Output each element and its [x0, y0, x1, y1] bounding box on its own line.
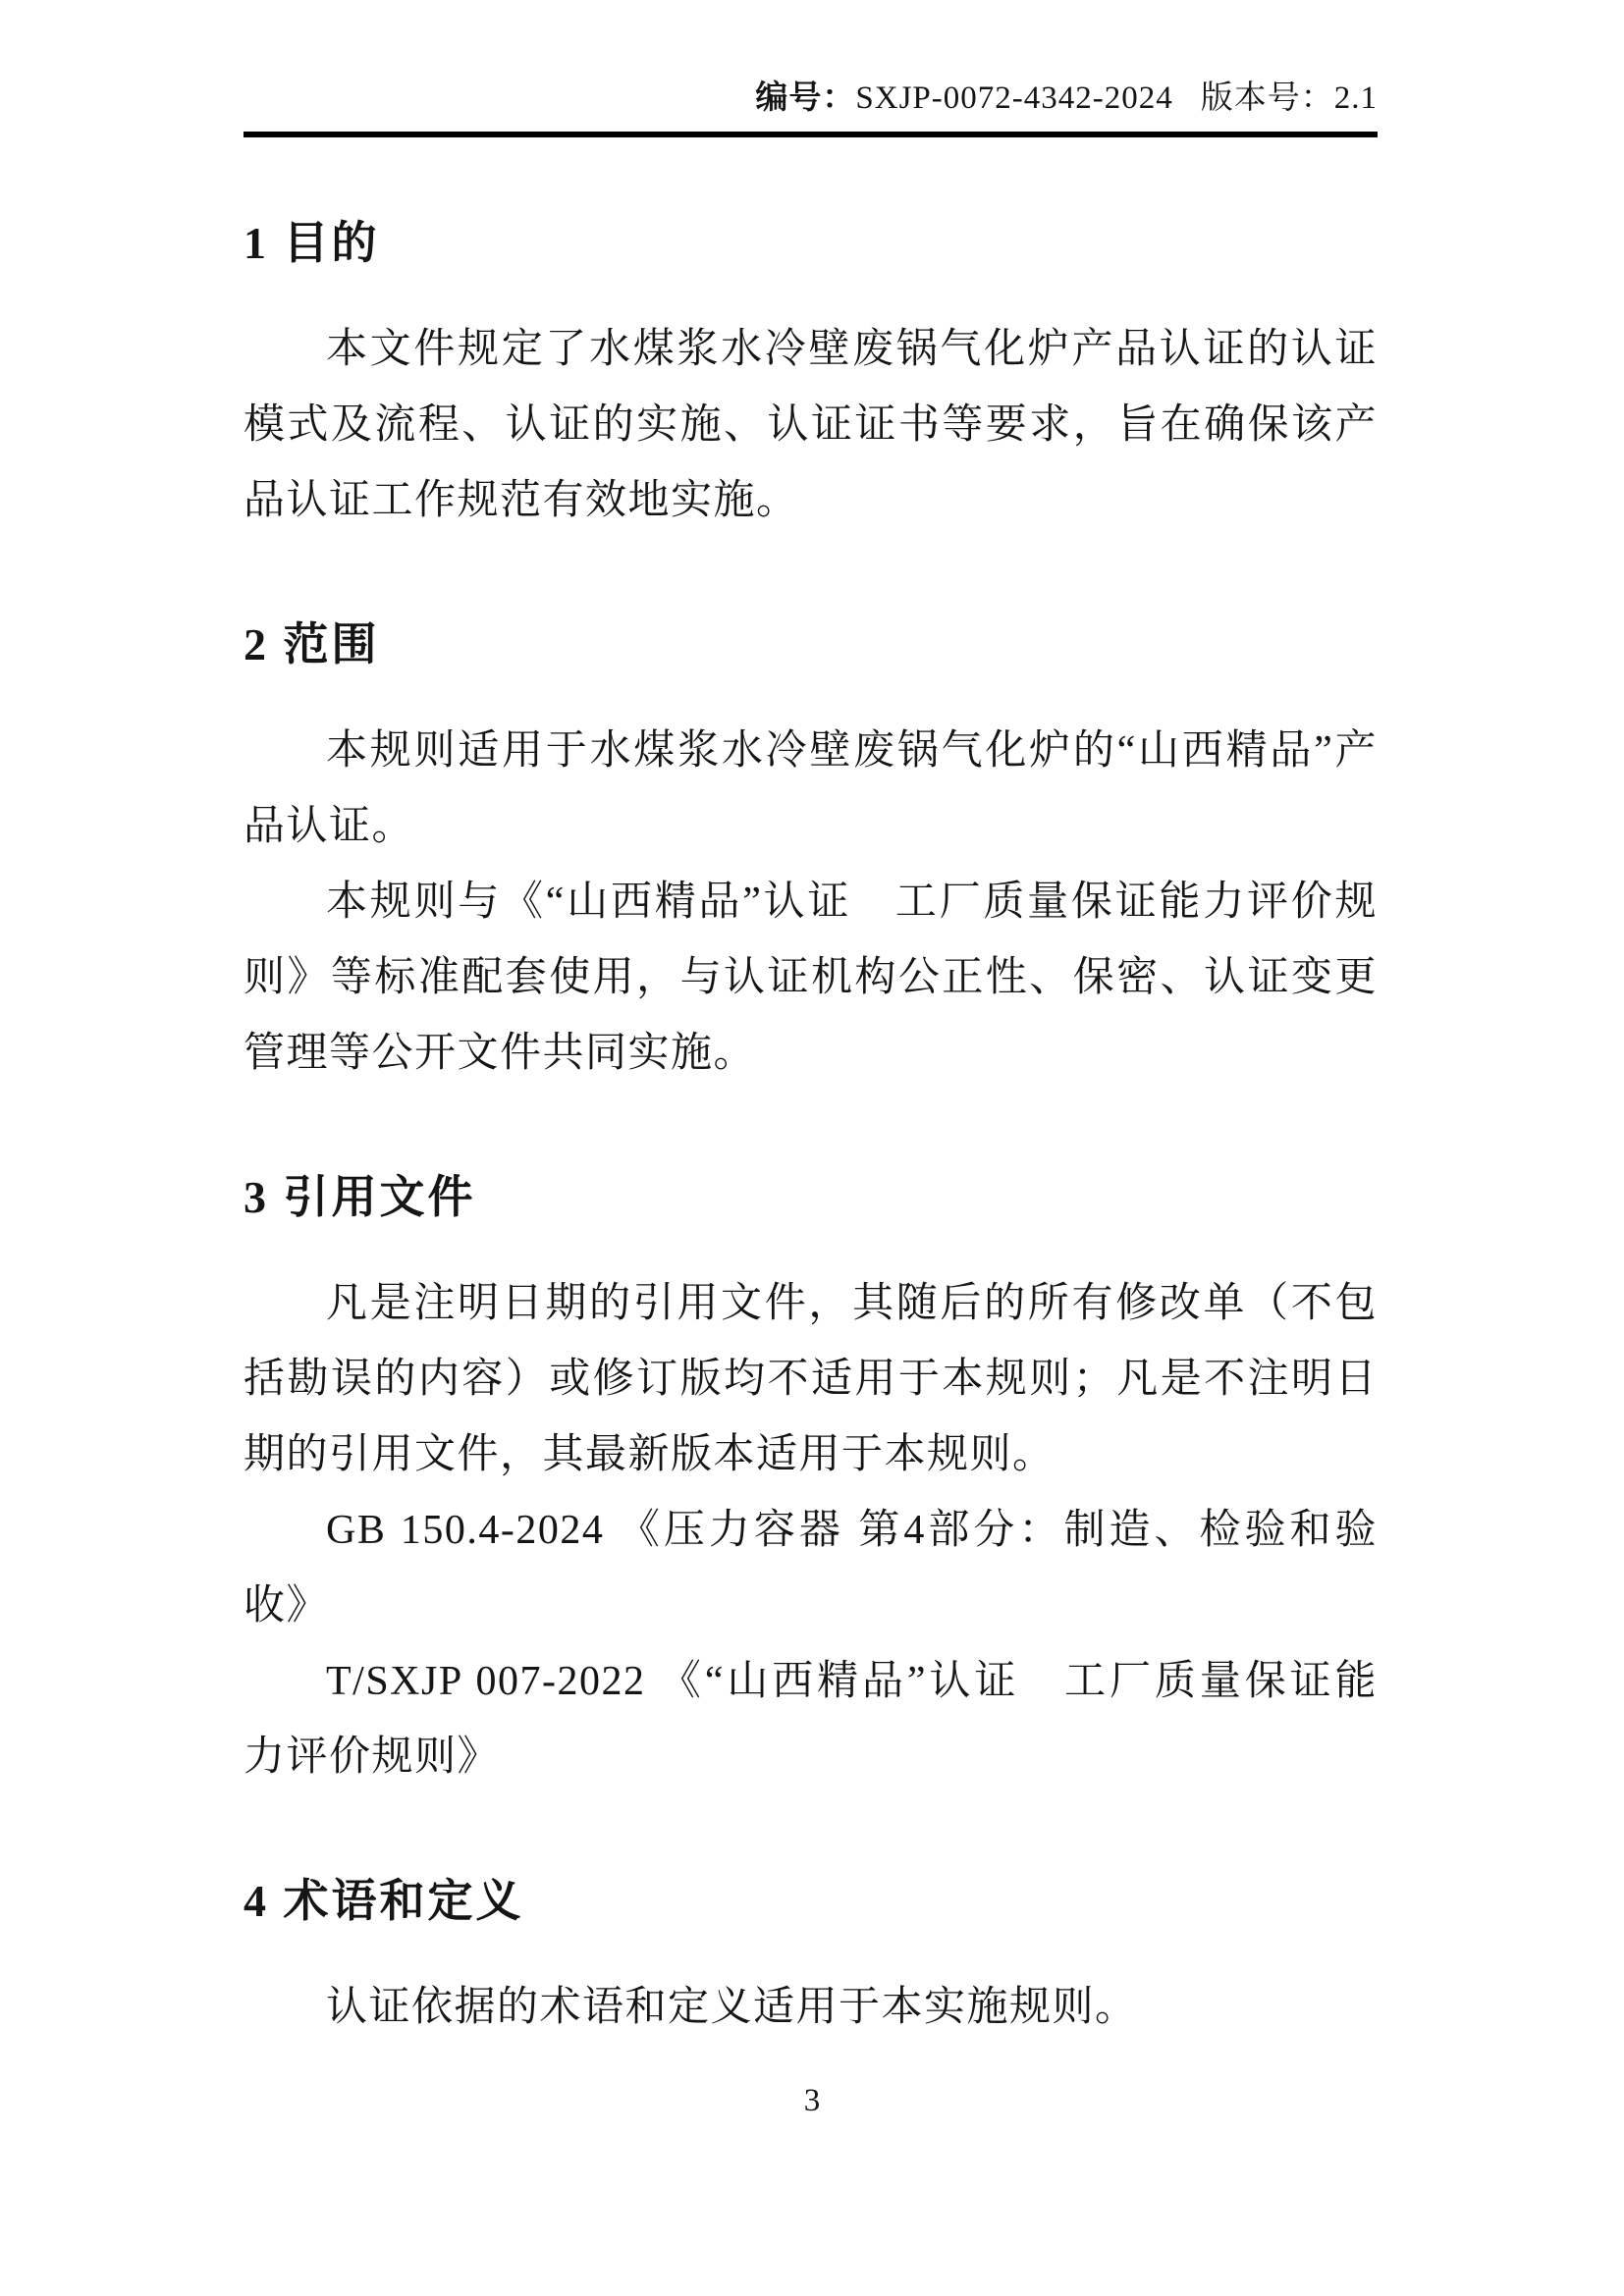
paragraph-scope-2: 本规则与《“山西精品”认证 工厂质量保证能力评价规则》等标准配套使用，与认证机构…	[244, 865, 1378, 1092]
section-heading-purpose: 1 目的	[244, 216, 1378, 271]
page-footer: 3	[0, 2083, 1624, 2119]
section-heading-referenced-documents: 3 引用文件	[244, 1170, 1378, 1225]
paragraph-referenced-intro: 凡是注明日期的引用文件，其随后的所有修改单（不包括勘误的内容）或修订版均不适用于…	[244, 1266, 1378, 1493]
document-page: 编号：SXJP-0072-4342-2024版本号：2.1 1 目的 本文件规定…	[0, 0, 1624, 2296]
doc-number-value: SXJP-0072-4342-2024	[855, 80, 1172, 116]
section-purpose: 1 目的 本文件规定了水煤浆水冷壁废锅气化炉产品认证的认证模式及流程、认证的实施…	[244, 216, 1378, 539]
section-referenced-documents: 3 引用文件 凡是注明日期的引用文件，其随后的所有修改单（不包括勘误的内容）或修…	[244, 1170, 1378, 1795]
page-number: 3	[804, 2083, 821, 2118]
paragraph-terms-definitions: 认证依据的术语和定义适用于本实施规则。	[244, 1970, 1378, 2046]
document-body: 1 目的 本文件规定了水煤浆水冷壁废锅气化炉产品认证的认证模式及流程、认证的实施…	[244, 216, 1378, 2046]
header-meta-line: 编号：SXJP-0072-4342-2024版本号：2.1	[244, 79, 1378, 118]
document-header: 编号：SXJP-0072-4342-2024版本号：2.1	[244, 79, 1378, 137]
section-scope: 2 范围 本规则适用于水煤浆水冷壁废锅气化炉的“山西精品”产品认证。 本规则与《…	[244, 617, 1378, 1092]
paragraph-scope-1: 本规则适用于水煤浆水冷壁废锅气化炉的“山西精品”产品认证。	[244, 714, 1378, 865]
paragraph-purpose: 本文件规定了水煤浆水冷壁废锅气化炉产品认证的认证模式及流程、认证的实施、认证证书…	[244, 312, 1378, 539]
section-heading-terms-definitions: 4 术语和定义	[244, 1874, 1378, 1929]
section-heading-scope: 2 范围	[244, 617, 1378, 672]
doc-version-label: 版本号：	[1201, 80, 1334, 116]
paragraph-reference-tsxjp: T/SXJP 007-2022 《“山西精品”认证 工厂质量保证能力评价规则》	[244, 1644, 1378, 1795]
paragraph-reference-gb: GB 150.4-2024 《压力容器 第4部分：制造、检验和验收》	[244, 1493, 1378, 1644]
section-terms-definitions: 4 术语和定义 认证依据的术语和定义适用于本实施规则。	[244, 1874, 1378, 2046]
doc-version-value: 2.1	[1334, 80, 1378, 116]
header-divider-rule	[244, 132, 1378, 137]
doc-number-label: 编号：	[755, 80, 855, 116]
